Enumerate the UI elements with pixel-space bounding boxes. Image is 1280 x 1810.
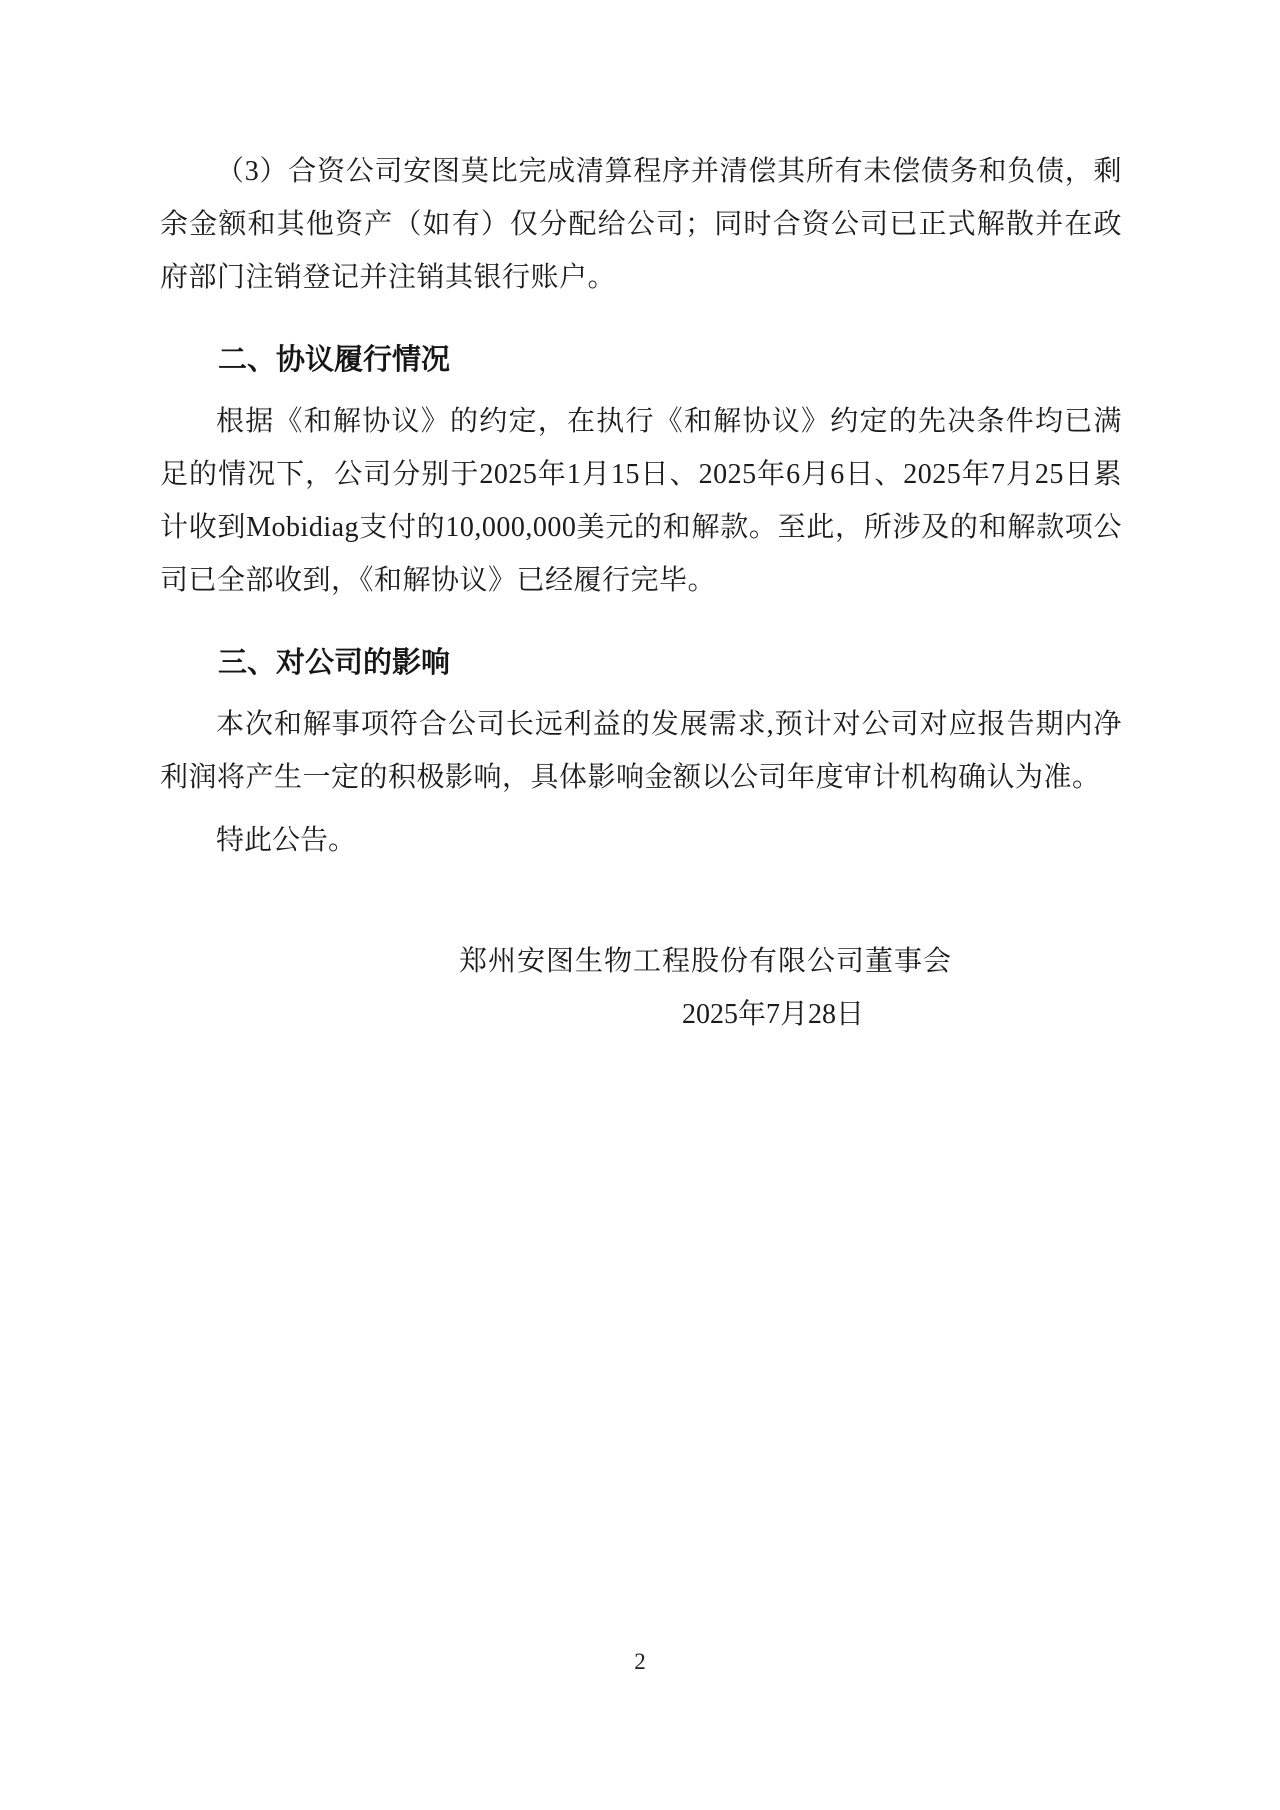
- section-3-body-paragraph: 本次和解事项符合公司长远利益的发展需求,预计对公司对应报告期内净利润将产生一定的…: [160, 698, 1122, 804]
- closing-statement: 特此公告。: [160, 814, 1122, 867]
- document-page: （3）合资公司安图莫比完成清算程序并清偿其所有未偿债务和负债，剩余金额和其他资产…: [0, 0, 1280, 1810]
- document-content: （3）合资公司安图莫比完成清算程序并清偿其所有未偿债务和负债，剩余金额和其他资产…: [160, 145, 1122, 1041]
- signature-company: 郑州安图生物工程股份有限公司董事会: [160, 935, 1122, 988]
- section-2-heading: 二、协议履行情况: [160, 334, 1122, 387]
- page-number: 2: [0, 1648, 1280, 1676]
- section-3-heading: 三、对公司的影响: [160, 637, 1122, 690]
- signature-block: 郑州安图生物工程股份有限公司董事会 2025年7月28日: [160, 935, 1122, 1041]
- signature-date: 2025年7月28日: [160, 988, 1122, 1041]
- clause-3-paragraph: （3）合资公司安图莫比完成清算程序并清偿其所有未偿债务和负债，剩余金额和其他资产…: [160, 145, 1122, 304]
- section-2-body-paragraph: 根据《和解协议》的约定，在执行《和解协议》约定的先决条件均已满足的情况下，公司分…: [160, 395, 1122, 607]
